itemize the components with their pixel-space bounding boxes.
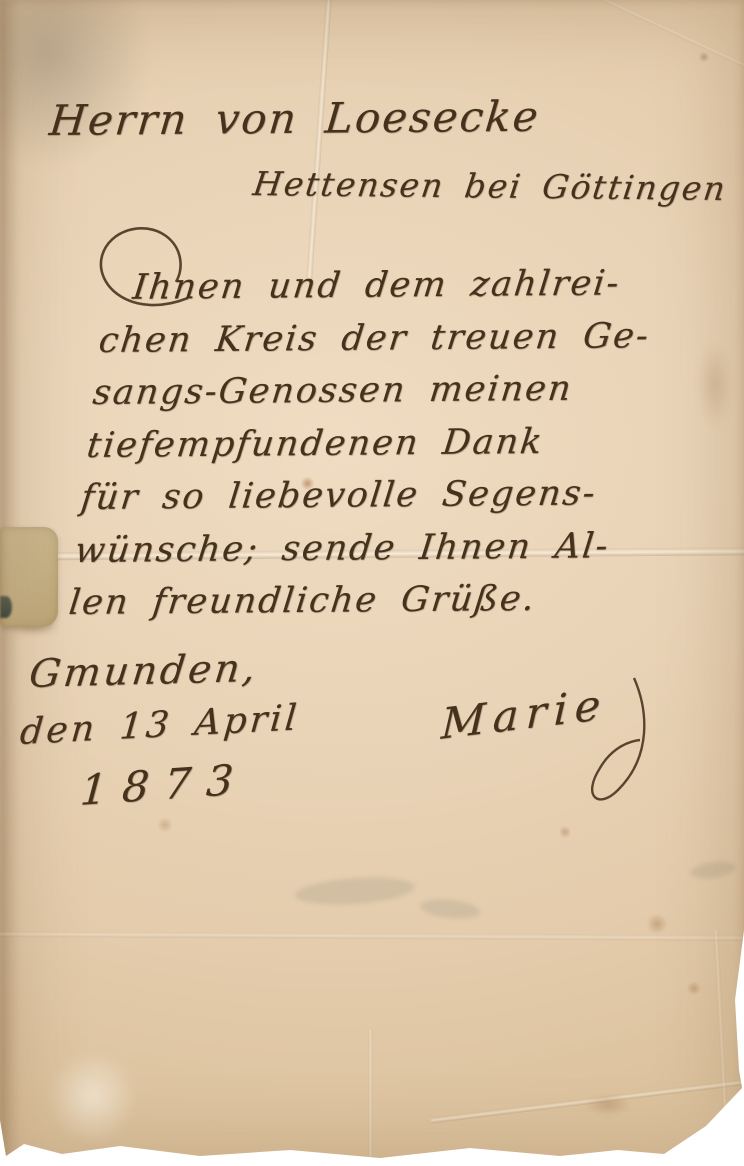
body-line: für so liebevolle Segens- — [78, 466, 715, 524]
top-right-crease — [604, 0, 744, 87]
scanned-letter: Herrn von Loesecke Hettensen bei Götting… — [0, 0, 744, 1166]
letter-body: Ihnen und dem zahlrei- chen Kreis der tr… — [66, 257, 739, 630]
body-line: chen Kreis der treuen Ge- — [96, 309, 733, 367]
bottom-diagonal-crease — [431, 1079, 744, 1124]
letter-paper: Herrn von Loesecke Hettensen bei Götting… — [0, 0, 744, 1166]
stain — [645, 915, 669, 933]
pencil-smudge — [689, 859, 737, 881]
place-line: Gmunden, — [27, 646, 261, 697]
worn-patch — [48, 1050, 138, 1145]
date-line: den 13 April — [18, 697, 301, 752]
body-line: Ihnen und dem zahlrei- — [102, 257, 739, 315]
address-line: Hettensen bei Göttingen — [251, 164, 730, 208]
pencil-smudge — [419, 897, 481, 921]
bottom-vertical-crease — [368, 1030, 373, 1166]
stain — [156, 818, 174, 832]
edge-mark — [0, 596, 12, 618]
stain — [686, 982, 702, 995]
stain — [585, 1095, 631, 1115]
signature-name: Marie — [440, 680, 608, 750]
horizontal-fold-crease — [0, 931, 744, 941]
body-line: tiefempfundenen Dank — [84, 414, 721, 472]
stain — [558, 826, 572, 838]
stain — [698, 52, 710, 62]
body-line: len freundliche Grüße. — [66, 571, 703, 629]
recipient-line: Herrn von Loesecke — [47, 92, 542, 145]
pencil-smudge — [294, 874, 416, 908]
body-line: sangs-Genossen meinen — [90, 361, 727, 419]
right-edge-crease — [713, 930, 727, 1110]
body-line: wünsche; sende Ihnen Al- — [72, 519, 709, 577]
year-line: 1873 — [79, 754, 251, 815]
